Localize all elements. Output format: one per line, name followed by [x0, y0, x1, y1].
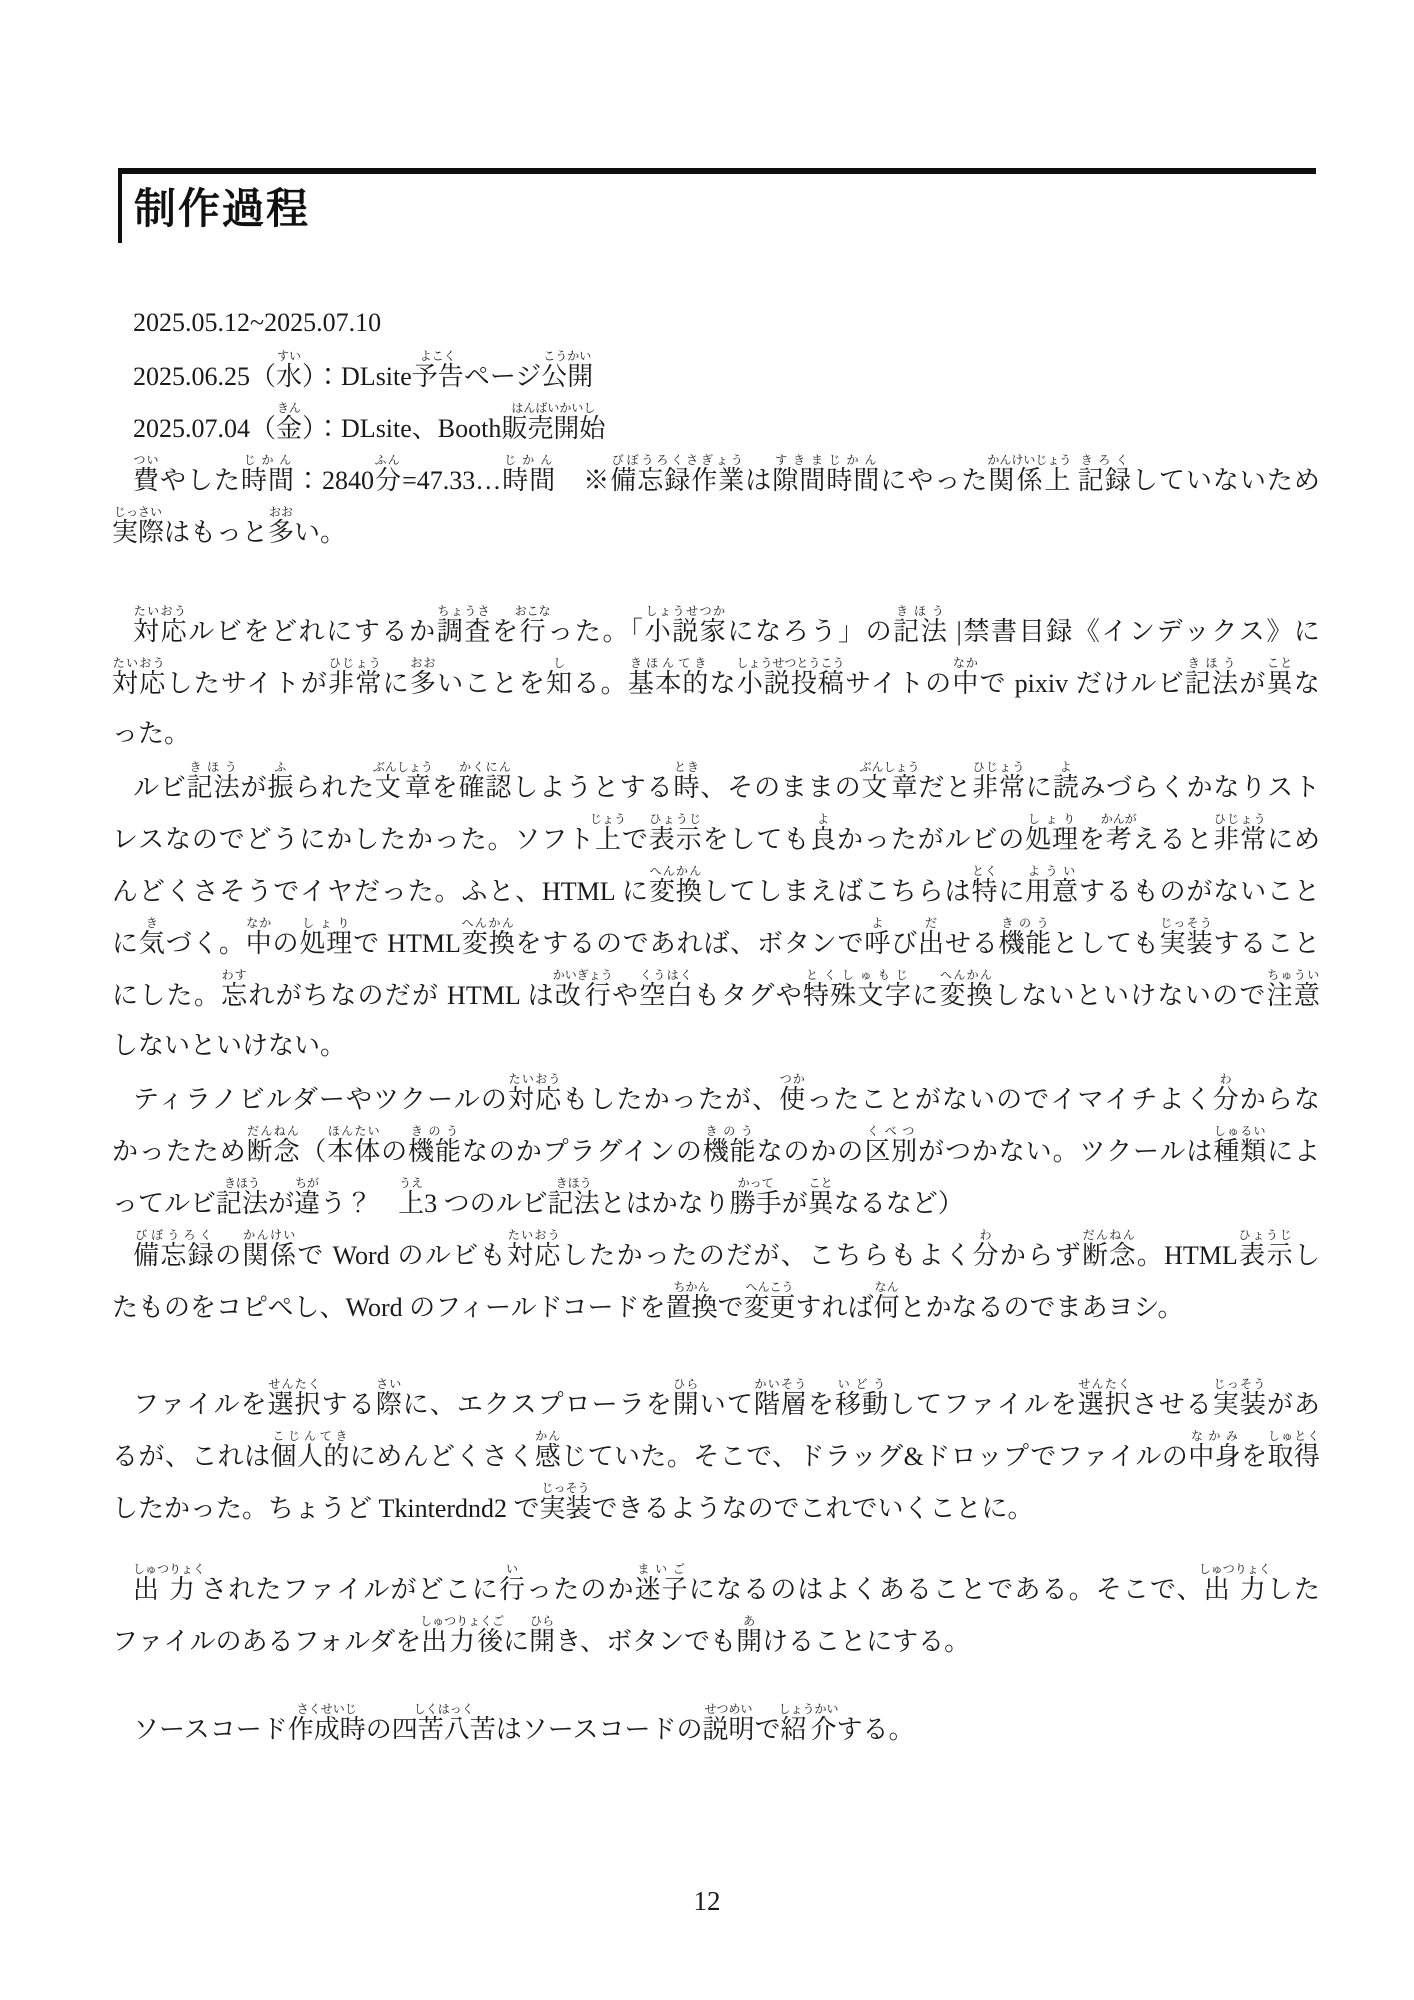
furigana: しょり	[299, 916, 352, 930]
text-segment: する。	[837, 1715, 915, 1744]
text-segment: えると	[1132, 825, 1214, 854]
furigana: しょり	[1025, 812, 1078, 826]
ruby-annotated-text: 使つか	[779, 1085, 806, 1114]
ruby-annotated-text: 機能きのう	[703, 1137, 757, 1166]
ruby-annotated-text: 迷子まいご	[635, 1575, 689, 1604]
ruby-annotated-text: 用意ようい	[1025, 877, 1079, 906]
furigana: つい	[133, 453, 159, 467]
furigana: ひょうじ	[1238, 1228, 1293, 1242]
ruby-annotated-text: 分ふん	[374, 466, 402, 495]
furigana: ようい	[1025, 864, 1078, 878]
text-segment: るが、これは	[112, 1442, 271, 1471]
ruby-annotated-text: 時間じかん	[501, 466, 556, 495]
ruby-annotated-text: 時とき	[673, 773, 700, 802]
ruby-annotated-text: 文章ぶんしょう	[862, 773, 918, 802]
furigana: き	[139, 916, 165, 930]
text-segment: 3 つのルビ	[424, 1189, 548, 1218]
ruby-annotated-text: 記法きほう	[187, 773, 241, 802]
text-segment: されたファイルがどこに	[200, 1575, 499, 1604]
text-segment: に	[503, 1627, 529, 1656]
document-page: 制作過程 2025.05.12~2025.07.102025.06.25（水すい…	[0, 0, 1414, 2000]
ruby-annotated-text: 記法きほう	[1185, 669, 1240, 698]
ruby-annotated-text: 隙間時間すきまじかん	[772, 466, 880, 495]
ruby-annotated-text: 知し	[546, 669, 573, 698]
ruby-annotated-text: 個人的こじんてき	[271, 1442, 350, 1471]
ruby-annotated-text: 移動いどう	[835, 1390, 889, 1419]
ruby-annotated-text: 置換ちかん	[665, 1293, 717, 1322]
ruby-annotated-text: 上うえ	[398, 1189, 424, 1218]
text-segment: 2025.06.25（	[133, 362, 276, 391]
ruby-annotated-text: 良よ	[810, 825, 837, 854]
text-segment: う？	[320, 1189, 398, 1218]
ruby-annotated-text: 行い	[499, 1575, 526, 1604]
text-line: 出力しゅつりょくされたファイルがどこに行いったのか迷子まいごになるのはよくあるこ…	[112, 1562, 1320, 1614]
text-segment: で	[717, 1293, 743, 1322]
ruby-annotated-text: 注意ちゅうい	[1267, 981, 1320, 1010]
text-segment: していないため	[1132, 466, 1320, 495]
furigana: しくはっく	[392, 1702, 496, 1716]
text-segment: はもっと	[164, 518, 268, 547]
text-segment: があ	[1267, 1390, 1320, 1419]
ruby-annotated-text: 四苦八苦しくはっく	[392, 1715, 496, 1744]
furigana: きのう	[999, 916, 1052, 930]
furigana: し	[546, 656, 572, 670]
ruby-annotated-text: 改行かいぎょう	[555, 981, 611, 1010]
page-footer: 12	[0, 1886, 1414, 1917]
text-line: に気きづく。中なかの処理しょりで HTML変換へんかんをするのであれば、ボタンで…	[112, 916, 1320, 968]
ruby-annotated-text: 異こと	[1267, 669, 1294, 698]
ruby-annotated-text: 行おこな	[520, 617, 546, 646]
text-segment: れがちなのだが HTML は	[248, 981, 554, 1010]
text-segment: ルビをどれにするか	[188, 617, 437, 646]
text-segment: った。「	[546, 617, 645, 646]
ruby-annotated-text: 紹介しょうかい	[780, 1715, 836, 1744]
furigana: ちゅうい	[1267, 968, 1320, 982]
furigana: じっそう	[1213, 1377, 1266, 1391]
text-segment: る。	[573, 669, 628, 698]
ruby-annotated-text: 開あ	[736, 1627, 762, 1656]
text-line: たものをコピペし、Word のフィールドコードを置換ちかんで変更へんこうすれば何…	[112, 1280, 1320, 1332]
ruby-annotated-text: 水すい	[276, 362, 302, 391]
ruby-annotated-text: 忘わす	[221, 981, 248, 1010]
text-segment: になるのはよくあることである。そこで、	[689, 1575, 1204, 1604]
furigana: ちょうさ	[437, 604, 491, 618]
furigana: しょうせつとうこう	[736, 656, 844, 670]
furigana: とくしゅもじ	[803, 968, 911, 982]
ruby-annotated-text: 小説投稿しょうせつとうこう	[737, 669, 844, 698]
ruby-annotated-text: 対応たいおう	[133, 617, 188, 646]
text-segment: やした	[160, 466, 241, 495]
furigana: じっそう	[1160, 916, 1213, 930]
ruby-annotated-text: 関係かんけい	[243, 1241, 298, 1270]
text-segment: ティラノビルダーやツクールの	[133, 1085, 508, 1114]
text-segment: サイトの	[844, 669, 952, 698]
furigana: ひら	[529, 1614, 555, 1628]
ruby-annotated-text: 販売開始はんばいかいし	[501, 414, 605, 443]
text-line: 費ついやした時間じかん：2840分ふん=47.33…時間じかん ※備忘録作業びぼ…	[112, 453, 1320, 505]
ruby-annotated-text: 実装じっそう	[1213, 1390, 1267, 1419]
text-segment: を	[808, 1390, 835, 1419]
furigana: こと	[808, 1176, 834, 1190]
ruby-annotated-text: 処理しょり	[1025, 825, 1079, 854]
text-segment: （	[300, 1137, 327, 1166]
content: 2025.05.12~2025.07.102025.06.25（水すい）：DLs…	[112, 297, 1320, 1754]
paragraph-block: ソースコード作成時さくせいじの四苦八苦しくはっくはソースコードの説明せつめいで紹…	[112, 1702, 1320, 1754]
ruby-annotated-text: 選択せんたく	[1078, 1390, 1132, 1419]
text-segment: しないといけない。	[112, 1031, 346, 1060]
ruby-annotated-text: 空白くうはく	[639, 981, 694, 1010]
text-segment: ）：DLsite、Booth	[302, 414, 501, 443]
ruby-annotated-text: 読よ	[1053, 773, 1080, 802]
text-segment: させる	[1132, 1390, 1213, 1419]
ruby-annotated-text: 違ちが	[294, 1189, 320, 1218]
furigana: こと	[1267, 656, 1293, 670]
furigana: きほう	[216, 1176, 268, 1190]
furigana: たいおう	[507, 1228, 560, 1242]
text-segment: を	[431, 773, 459, 802]
furigana: きほう	[1185, 656, 1238, 670]
text-segment: が	[240, 773, 267, 802]
text-segment: に	[383, 669, 410, 698]
ruby-annotated-text: 変換へんかん	[649, 877, 703, 906]
text-segment: =47.33…	[402, 466, 501, 495]
text-segment: にした。	[112, 981, 221, 1010]
furigana: じっさい	[112, 505, 164, 519]
text-segment: としても	[1052, 929, 1159, 958]
ruby-annotated-text: 機能きのう	[999, 929, 1053, 958]
text-segment: もタグや	[694, 981, 803, 1010]
text-segment: が	[1239, 669, 1266, 698]
ruby-annotated-text: 記法きほう	[548, 1189, 600, 1218]
furigana: わす	[221, 968, 247, 982]
text-segment: すること	[1213, 929, 1320, 958]
text-segment: ）：DLsite	[302, 362, 412, 391]
ruby-annotated-text: 出力後しゅつりょくご	[421, 1627, 503, 1656]
ruby-annotated-text: 表示ひょうじ	[649, 825, 703, 854]
ruby-annotated-text: 実装じっそう	[540, 1494, 592, 1523]
text-segment: で Word のルビも	[297, 1241, 507, 1270]
furigana: へんかん	[649, 864, 702, 878]
ruby-annotated-text: 記法きほう	[893, 617, 948, 646]
section-title: 制作過程	[134, 187, 1316, 231]
ruby-annotated-text: 記法きほう	[216, 1189, 268, 1218]
text-line: 実際じっさいはもっと多おおい。	[112, 505, 1320, 557]
furigana: へんかん	[461, 916, 515, 930]
ruby-annotated-text: 開ひら	[673, 1390, 700, 1419]
ruby-annotated-text: 本体ほんたい	[327, 1137, 381, 1166]
furigana: まいご	[635, 1562, 688, 1576]
text-segment: や	[611, 981, 640, 1010]
text-segment: けることにする。	[762, 1627, 970, 1656]
ruby-annotated-text: 異こと	[808, 1189, 834, 1218]
ruby-annotated-text: 出だ	[918, 929, 945, 958]
furigana: おお	[268, 505, 294, 519]
text-segment: もしたかったが、	[562, 1085, 779, 1114]
ruby-annotated-text: 対応たいおう	[112, 669, 167, 698]
furigana: ふん	[374, 453, 400, 467]
furigana: おお	[410, 656, 436, 670]
furigana: よ	[864, 916, 890, 930]
furigana: こうかい	[541, 349, 593, 363]
paragraph-block: 2025.05.12~2025.07.102025.06.25（水すい）：DLs…	[112, 297, 1320, 557]
text-segment: すれば	[796, 1293, 874, 1322]
ruby-annotated-text: 勝手かって	[730, 1189, 782, 1218]
furigana: こじんてき	[271, 1429, 350, 1443]
text-segment: によ	[1267, 1137, 1320, 1166]
text-line: 対応たいおうしたサイトが非常ひじょうに多おおいことを知しる。基本的きほんてきな小…	[112, 656, 1320, 708]
text-segment: |禁書目録《インデックス》に	[948, 617, 1320, 646]
text-segment: に	[998, 877, 1025, 906]
text-line: したかった。ちょうど Tkinterdnd2 で実装じっそうできるようなのでこれ…	[112, 1481, 1320, 1533]
furigana: きのう	[703, 1124, 756, 1138]
text-line: 対応たいおうルビをどれにするか調査ちょうさを行おこなった。「小説家しょうせつかに…	[112, 604, 1320, 656]
furigana: つか	[779, 1072, 805, 1086]
ruby-annotated-text: 時間じかん	[241, 466, 295, 495]
text-segment: にやった	[880, 466, 988, 495]
text-segment: び	[891, 929, 918, 958]
furigana: きん	[276, 401, 302, 415]
furigana: すきまじかん	[772, 453, 879, 467]
text-line: ファイルのあるフォルダを出力後しゅつりょくごに開ひらき、ボタンでも開あけることに…	[112, 1614, 1320, 1666]
text-segment: にめ	[1267, 825, 1320, 854]
ruby-annotated-text: 呼よ	[864, 929, 891, 958]
furigana: へんこう	[744, 1280, 796, 1294]
furigana: せんたく	[268, 1377, 321, 1391]
text-segment: ったのか	[526, 1575, 635, 1604]
ruby-annotated-text: 多おお	[268, 518, 294, 547]
furigana: だ	[918, 916, 944, 930]
text-segment: ：2840	[295, 466, 374, 495]
ruby-annotated-text: 上じょう	[595, 825, 621, 854]
text-segment: で	[754, 1715, 780, 1744]
ruby-annotated-text: 断念だんねん	[247, 1137, 301, 1166]
text-segment: き、ボタンでも	[555, 1627, 736, 1656]
ruby-annotated-text: 多おお	[410, 669, 437, 698]
text-segment: たものをコピペし、Word のフィールドコードを	[112, 1293, 665, 1322]
ruby-annotated-text: 中身なかみ	[1188, 1442, 1241, 1471]
text-segment: したかった。ちょうど Tkinterdnd2 で	[112, 1494, 540, 1523]
text-segment: を	[1241, 1442, 1267, 1471]
furigana: さい	[376, 1377, 402, 1391]
ruby-annotated-text: 非常ひじょう	[972, 773, 1026, 802]
furigana: よ	[810, 812, 836, 826]
text-segment: みづらくかなりスト	[1080, 773, 1320, 802]
furigana: たいおう	[133, 604, 187, 618]
furigana: かんけいじょう	[987, 453, 1071, 467]
text-segment: った。	[112, 719, 190, 748]
ruby-annotated-text: 特殊文字とくしゅもじ	[803, 981, 912, 1010]
text-segment: ファイルのあるフォルダを	[112, 1627, 421, 1656]
text-segment: とはかなり	[600, 1189, 730, 1218]
furigana: わ	[972, 1228, 998, 1242]
ruby-annotated-text: 基本的きほんてき	[628, 669, 710, 698]
text-segment: られた	[294, 773, 375, 802]
furigana: ぶんしょう	[860, 760, 920, 774]
text-line: ってルビ記法きほうが違ちがう？ 上うえ3 つのルビ記法きほうとはかなり勝手かって…	[112, 1176, 1320, 1228]
furigana: かん	[535, 1429, 561, 1443]
furigana: びぼうろく	[133, 1228, 214, 1242]
ruby-annotated-text: 中なか	[952, 669, 979, 698]
furigana: かいそう	[754, 1377, 807, 1391]
furigana: しょうかい	[778, 1702, 838, 1716]
ruby-annotated-text: 開ひら	[529, 1627, 555, 1656]
text-line: ソースコード作成時さくせいじの四苦八苦しくはっくはソースコードの説明せつめいで紹…	[112, 1702, 1320, 1754]
text-segment: 2025.07.04（	[133, 414, 276, 443]
text-segment: づく。	[166, 929, 246, 958]
furigana: なかみ	[1188, 1429, 1240, 1443]
ruby-annotated-text: 分わ	[972, 1241, 999, 1270]
ruby-annotated-text: 階層かいそう	[754, 1390, 808, 1419]
furigana: すい	[276, 349, 302, 363]
text-segment: 、そのままの	[700, 773, 861, 802]
furigana: ひら	[673, 1377, 699, 1391]
furigana: とく	[971, 864, 997, 878]
ruby-annotated-text: 処理しょり	[299, 929, 353, 958]
text-segment: 。HTML	[1137, 1241, 1238, 1270]
furigana: きほう	[187, 760, 240, 774]
ruby-annotated-text: 出力しゅつりょく	[1204, 1575, 1266, 1604]
furigana: わ	[1213, 1072, 1239, 1086]
ruby-annotated-text: 機能きのう	[408, 1137, 462, 1166]
text-segment: ってルビ	[112, 1189, 216, 1218]
furigana: ひょうじ	[649, 812, 702, 826]
ruby-annotated-text: 文章ぶんしょう	[375, 773, 431, 802]
furigana: よ	[1053, 760, 1079, 774]
ruby-annotated-text: 公開こうかい	[541, 362, 593, 391]
text-segment: に	[912, 981, 939, 1010]
furigana: しゅとく	[1267, 1429, 1319, 1443]
ruby-annotated-text: 関係上かんけいじょう	[988, 466, 1070, 495]
ruby-annotated-text: 小説家しょうせつか	[645, 617, 728, 646]
paragraph-block: 出力しゅつりょくされたファイルがどこに行いったのか迷子まいごになるのはよくあるこ…	[112, 1562, 1320, 1666]
ruby-annotated-text: 区別くべつ	[864, 1137, 918, 1166]
text-line: 2025.07.04（金きん）：DLsite、Booth販売開始はんばいかいし	[112, 401, 1320, 453]
text-segment: できるようなのでこれでいくことに。	[592, 1494, 1034, 1523]
text-segment: な	[710, 669, 737, 698]
furigana: よこく	[412, 349, 464, 363]
ruby-annotated-text: 出力しゅつりょく	[133, 1575, 200, 1604]
furigana: びぼうろくさぎょう	[610, 453, 744, 467]
paragraph-block: ファイルを選択せんたくする際さいに、エクスプローラを開ひらいて階層かいそうを移動…	[112, 1377, 1320, 1533]
furigana: ちが	[294, 1176, 320, 1190]
furigana: きほう	[893, 604, 947, 618]
ruby-annotated-text: 備忘録作業びぼうろくさぎょう	[610, 466, 745, 495]
furigana: しょうせつか	[645, 604, 726, 618]
text-segment: レスなのでどうにかしたかった。ソフト	[112, 825, 595, 854]
ruby-annotated-text: 費つい	[133, 466, 160, 495]
text-line: んどくさそうでイヤだった。ふと、HTML に変換へんかんしてしまえばこちらは特と…	[112, 864, 1320, 916]
text-segment: じていた。そこで、ドラッグ&ドロップでファイルの	[561, 1442, 1188, 1471]
ruby-annotated-text: 変更へんこう	[744, 1293, 796, 1322]
text-segment: ソースコード	[133, 1715, 288, 1744]
text-segment: で HTML	[353, 929, 461, 958]
furigana: あ	[736, 1614, 762, 1628]
furigana: なか	[952, 656, 978, 670]
text-line: レスなのでどうにかしたかった。ソフト上じょうで表示ひょうじをしても良よかったがル…	[112, 812, 1320, 864]
text-segment: した	[1266, 1575, 1320, 1604]
furigana: ぶんしょう	[373, 760, 433, 774]
text-segment: する	[322, 1390, 376, 1419]
text-segment: の	[273, 929, 300, 958]
ruby-annotated-text: 備忘録びぼうろく	[133, 1241, 215, 1270]
ruby-annotated-text: 取得しゅとく	[1267, 1442, 1319, 1471]
text-line: ファイルを選択せんたくする際さいに、エクスプローラを開ひらいて階層かいそうを移動…	[112, 1377, 1320, 1429]
text-segment: ったことがないのでイマイチよく	[806, 1085, 1212, 1114]
furigana: たいおう	[508, 1072, 561, 1086]
ruby-annotated-text: 実装じっそう	[1160, 929, 1214, 958]
furigana: じかん	[501, 453, 555, 467]
paragraph-block: 対応たいおうルビをどれにするか調査ちょうさを行おこなった。「小説家しょうせつかに…	[112, 604, 1320, 1332]
text-line: った。	[112, 708, 1320, 760]
text-segment: からず	[1000, 1241, 1082, 1270]
text-segment	[1070, 466, 1078, 495]
ruby-annotated-text: 記録きろく	[1078, 466, 1132, 495]
section-header: 制作過程	[118, 168, 1316, 243]
text-segment: とかなるのでまあヨシ。	[900, 1293, 1184, 1322]
ruby-annotated-text: 対応たいおう	[508, 1085, 562, 1114]
text-segment: からな	[1240, 1085, 1320, 1114]
ruby-annotated-text: 金きん	[276, 414, 302, 443]
furigana: なん	[874, 1280, 900, 1294]
text-segment: にめんどくさく	[350, 1442, 535, 1471]
ruby-annotated-text: 分わ	[1213, 1085, 1240, 1114]
text-segment: の	[366, 1715, 392, 1744]
text-segment: をするのであれば、ボタンで	[515, 929, 864, 958]
ruby-annotated-text: 非常ひじょう	[1213, 825, 1267, 854]
text-segment: したかったのだが、こちらもよく	[562, 1241, 973, 1270]
text-line: るが、これは個人的こじんてきにめんどくさく感かんじていた。そこで、ドラッグ&ドロ…	[112, 1429, 1320, 1481]
furigana: い	[499, 1562, 525, 1576]
text-line: 備忘録びぼうろくの関係かんけいで Word のルビも対応たいおうしたかったのだが…	[112, 1228, 1320, 1280]
furigana: ひじょう	[328, 656, 381, 670]
furigana: ひじょう	[972, 760, 1025, 774]
furigana: くうはく	[639, 968, 692, 982]
furigana: しゅつりょくご	[420, 1614, 504, 1628]
ruby-annotated-text: 中なか	[246, 929, 273, 958]
text-segment: で	[621, 825, 649, 854]
furigana: しゅつりょく	[133, 1562, 205, 1576]
text-segment: したサイトが	[167, 669, 329, 698]
ruby-annotated-text: 説明せつめい	[702, 1715, 754, 1744]
text-segment: かったがルビの	[837, 825, 1025, 854]
ruby-annotated-text: 表示ひょうじ	[1238, 1241, 1294, 1270]
text-segment: の	[215, 1241, 242, 1270]
ruby-annotated-text: 対応たいおう	[507, 1241, 562, 1270]
furigana: じょう	[590, 812, 626, 826]
ruby-annotated-text: 断念だんねん	[1082, 1241, 1137, 1270]
furigana: ひじょう	[1213, 812, 1266, 826]
furigana: ちかん	[665, 1280, 717, 1294]
furigana: いどう	[835, 1377, 888, 1391]
text-segment: がつかない。ツクールは	[918, 1137, 1213, 1166]
furigana: せんたく	[1078, 1377, 1131, 1391]
page-number: 12	[694, 1886, 721, 1916]
furigana: かって	[730, 1176, 782, 1190]
text-line: 2025.06.25（水すい）：DLsite予告よこくページ公開こうかい	[112, 349, 1320, 401]
text-segment: しないといけないので	[994, 981, 1267, 1010]
furigana: くべつ	[864, 1124, 917, 1138]
furigana: なか	[246, 916, 272, 930]
furigana: だんねん	[1082, 1228, 1135, 1242]
ruby-annotated-text: 予告よこく	[412, 362, 464, 391]
furigana: かいぎょう	[553, 968, 613, 982]
text-segment: なるなど）	[834, 1189, 964, 1218]
text-segment: が	[782, 1189, 808, 1218]
text-segment: いことを	[437, 669, 546, 698]
furigana: じっそう	[540, 1481, 592, 1495]
furigana: かくにん	[459, 760, 512, 774]
furigana: かんけい	[243, 1228, 296, 1242]
